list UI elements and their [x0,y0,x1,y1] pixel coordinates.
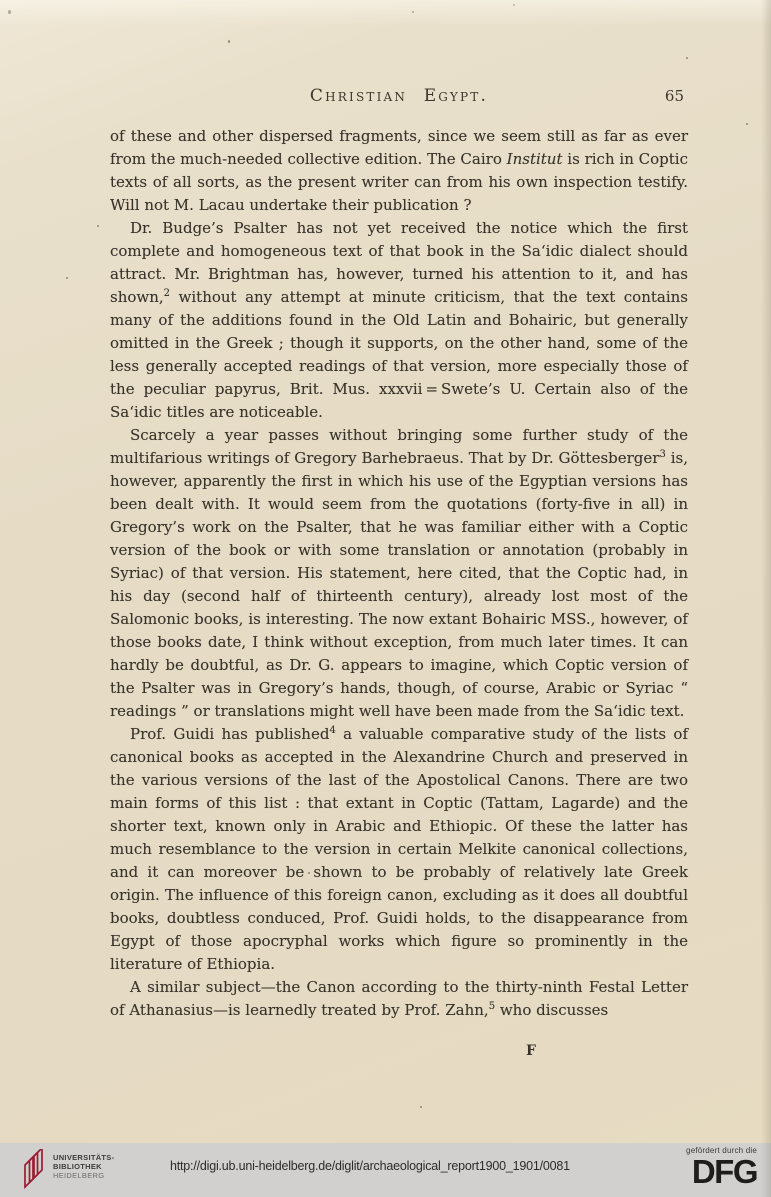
paper-speck [308,872,310,874]
paper-speck [97,225,99,227]
text-segment: Scarcely a year passes without bringing … [110,426,688,467]
scanned-book-page: Christian Egypt. 65 of these and other d… [0,0,771,1197]
paper-speck [420,1106,422,1108]
dfg-logo: DFG [686,1156,757,1188]
signature-mark: F [526,1043,536,1059]
digitization-footer-bar: UNIVERSITÄTS- BIBLIOTHEK HEIDELBERG http… [0,1143,771,1197]
library-name-line2: BIBLIOTHEK [53,1162,114,1171]
persistent-url: http://digi.ub.uni-heidelberg.de/diglit/… [170,1159,570,1173]
paper-speck [412,11,414,13]
paragraph-3: Scarcely a year passes without bringing … [110,424,688,723]
paragraph-4: Prof. Guidi has published4 a valuable co… [110,723,688,976]
paper-speck [746,123,748,125]
text-segment: Institut [507,150,563,168]
paper-speck [66,277,68,279]
text-segment: without any attempt at minute criticism,… [110,288,688,421]
dfg-funding-block: gefördert durch die DFG [686,1146,757,1188]
paragraph-5: A similar subject—the Canon according to… [110,976,688,1022]
paper-speck [686,57,688,59]
library-name-line3: HEIDELBERG [53,1171,114,1180]
paper-speck [228,40,230,43]
text-segment: who discusses [495,1001,608,1019]
paper-speck [513,4,515,6]
paper-speck [8,10,11,14]
paragraph-1: of these and other dispersed fragments, … [110,125,688,217]
scan-right-edge-shadow [761,0,771,1197]
page-title: Christian Egypt. [110,86,688,106]
page-number: 65 [665,87,684,105]
scan-top-highlight [0,0,771,26]
library-name: UNIVERSITÄTS- BIBLIOTHEK HEIDELBERG [53,1153,114,1180]
page-text: of these and other dispersed fragments, … [110,125,688,1022]
paragraph-2: Dr. Budge’s Psalter has not yet received… [110,217,688,424]
text-segment: Prof. Guidi has published [130,725,329,743]
text-segment: is, however, apparently the first in whi… [110,449,688,720]
open-book-icon [22,1149,46,1189]
library-name-line1: UNIVERSITÄTS- [53,1153,114,1162]
running-head: Christian Egypt. 65 [110,86,688,108]
text-segment: a valuable comparative study of the list… [110,725,688,973]
